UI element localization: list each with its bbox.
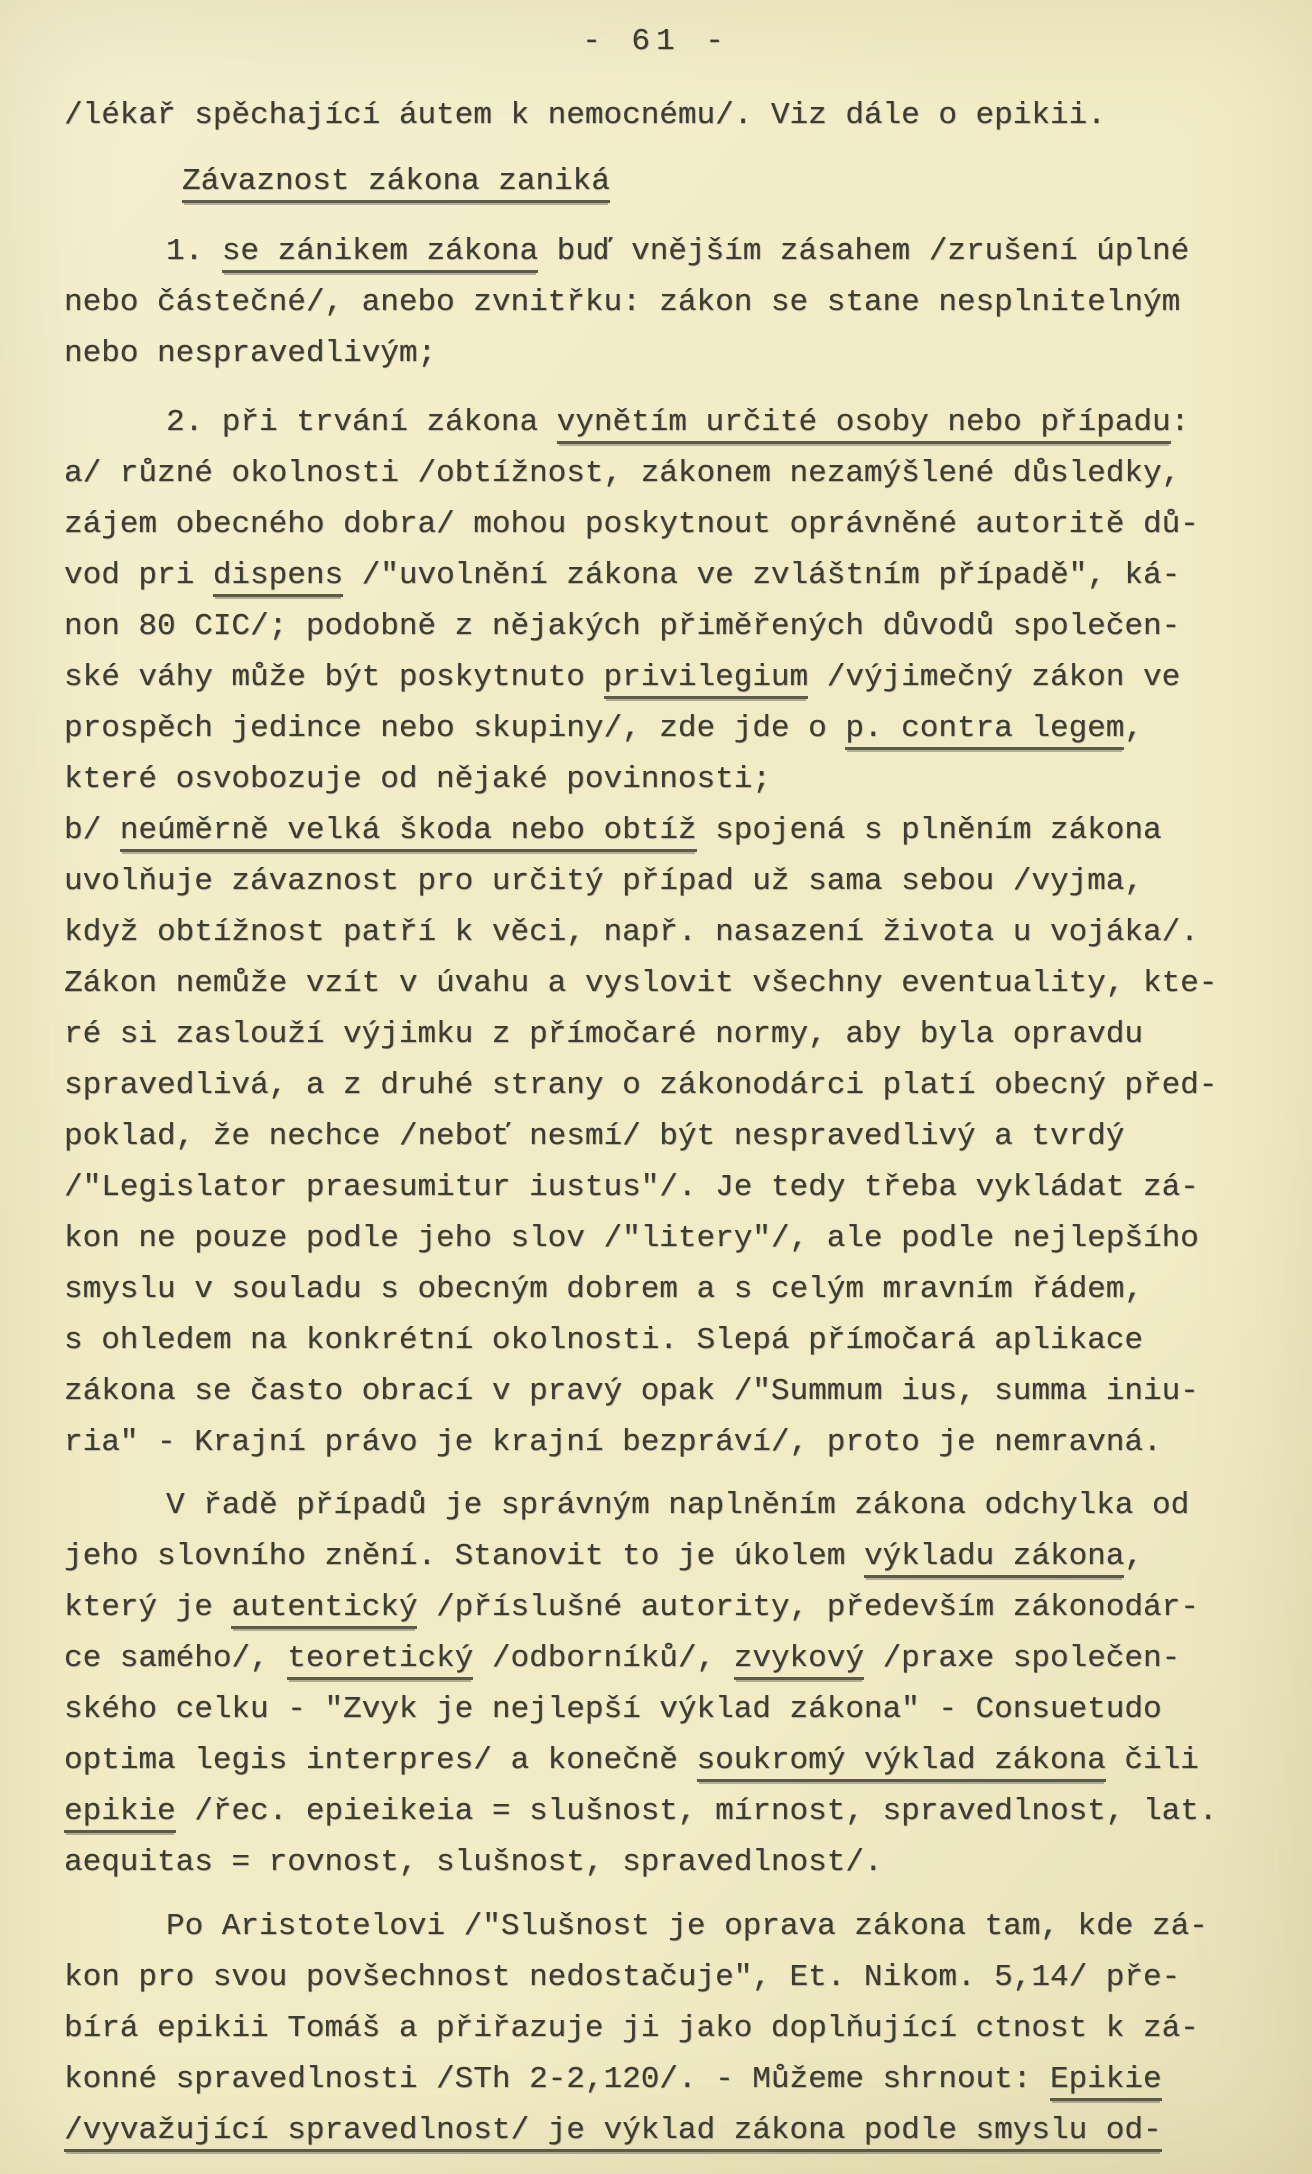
text-segment: s ohledem na konkrétní okolnosti. Slepá …: [64, 1323, 1143, 1358]
text-line: konné spravedlnosti /STh 2-2,120/. - Můž…: [64, 2054, 1262, 2105]
text-line: ré si zaslouží výjimku z přímočaré normy…: [64, 1009, 1262, 1060]
text-line: zájem obecného dobra/ mohou poskytnout o…: [64, 499, 1262, 550]
text-segment: /příslušné autority, především zákonodár…: [417, 1590, 1198, 1625]
document-page: - 61 - /lékař spěchající áutem k nemocné…: [0, 0, 1312, 2174]
document-body: /lékař spěchající áutem k nemocnému/. Vi…: [0, 90, 1312, 2156]
underlined-text-segment: autentický: [231, 1590, 417, 1629]
text-line: a/ různé okolnosti /obtížnost, zákonem n…: [64, 448, 1262, 499]
text-line: ského celku - "Zvyk je nejlepší výklad z…: [64, 1684, 1262, 1735]
text-line: /vyvažující spravedlnost/ je výklad záko…: [64, 2105, 1262, 2156]
text-segment: ré si zaslouží výjimku z přímočaré normy…: [64, 1017, 1143, 1052]
text-segment: V řadě případů je správným naplněním zák…: [166, 1488, 1189, 1523]
text-line: bírá epikii Tomáš a přiřazuje ji jako do…: [64, 2003, 1262, 2054]
underlined-text-segment: výkladu zákona: [864, 1539, 1124, 1578]
text-segment: aequitas = rovnost, slušnost, spravedlno…: [64, 1845, 883, 1880]
section-heading: Závaznost zákona zaniká: [64, 156, 1262, 207]
text-segment: /praxe společen-: [864, 1641, 1180, 1676]
text-line: ria" - Krajní právo je krajní bezpráví/,…: [64, 1417, 1262, 1468]
underlined-text-segment: p. contra legem: [845, 711, 1124, 750]
text-line: uvolňuje závaznost pro určitý případ už …: [64, 856, 1262, 907]
underlined-text-segment: Epikie: [1050, 2062, 1162, 2101]
text-segment: /odborníků/,: [473, 1641, 733, 1676]
text-line: ce samého/, teoretický /odborníků/, zvyk…: [64, 1633, 1262, 1684]
text-segment: prospěch jedince nebo skupiny/, zde jde …: [64, 711, 845, 746]
text-line: V řadě případů je správným naplněním zák…: [64, 1480, 1262, 1531]
text-line: prospěch jedince nebo skupiny/, zde jde …: [64, 703, 1262, 754]
text-segment: kon pro svou povšechnost nedostačuje", E…: [64, 1960, 1180, 1995]
text-segment: spojená s plněním zákona: [697, 813, 1162, 848]
text-line: kon pro svou povšechnost nedostačuje", E…: [64, 1952, 1262, 2003]
text-line: který je autentický /příslušné autority,…: [64, 1582, 1262, 1633]
text-segment: Zákon nemůže vzít v úvahu a vyslovit vše…: [64, 966, 1217, 1001]
text-line: jeho slovního znění. Stanovit to je úkol…: [64, 1531, 1262, 1582]
text-line: spravedlivá, a z druhé strany o zákonodá…: [64, 1060, 1262, 1111]
text-segment: kon ne pouze podle jeho slov /"litery"/,…: [64, 1221, 1199, 1256]
text-segment: :: [1171, 405, 1190, 440]
text-line: epikie /řec. epieikeia = slušnost, mírno…: [64, 1786, 1262, 1837]
text-segment: 1.: [166, 234, 222, 269]
text-segment: když obtížnost patří k věci, např. nasaz…: [64, 915, 1199, 950]
text-line: kon ne pouze podle jeho slov /"litery"/,…: [64, 1213, 1262, 1264]
text-segment: /lékař spěchající áutem k nemocnému/. Vi…: [64, 98, 1106, 133]
underlined-text-segment: /vyvažující spravedlnost/ je výklad záko…: [64, 2113, 1162, 2152]
text-line: vod pri dispens /"uvolnění zákona ve zvl…: [64, 550, 1262, 601]
underlined-text-segment: privilegium: [604, 660, 809, 699]
text-line: zákona se často obrací v pravý opak /"Su…: [64, 1366, 1262, 1417]
text-segment: /"uvolnění zákona ve zvláštním případě",…: [343, 558, 1180, 593]
text-segment: non 80 CIC/; podobně z nějakých přiměřen…: [64, 609, 1180, 644]
text-segment: nebo nespravedlivým;: [64, 336, 436, 371]
text-segment: /řec. epieikeia = slušnost, mírnost, spr…: [176, 1794, 1218, 1829]
text-line: 1. se zánikem zákona buď vnějším zásahem…: [64, 226, 1262, 277]
page-number: - 61 -: [0, 24, 1312, 59]
text-segment: zájem obecného dobra/ mohou poskytnout o…: [64, 507, 1199, 542]
text-segment: uvolňuje závaznost pro určitý případ už …: [64, 864, 1143, 899]
text-segment: konné spravedlnosti /STh 2-2,120/. - Můž…: [64, 2062, 1050, 2097]
text-segment: nebo částečné/, anebo zvnitřku: zákon se…: [64, 285, 1180, 320]
text-line: poklad, že nechce /neboť nesmí/ být nesp…: [64, 1111, 1262, 1162]
text-segment: bírá epikii Tomáš a přiřazuje ji jako do…: [64, 2011, 1199, 2046]
text-line: které osvobozuje od nějaké povinnosti;: [64, 754, 1262, 805]
text-line: ské váhy může být poskytnuto privilegium…: [64, 652, 1262, 703]
text-line: /lékař spěchající áutem k nemocnému/. Vi…: [64, 90, 1262, 141]
text-segment: jeho slovního znění. Stanovit to je úkol…: [64, 1539, 864, 1574]
text-line: Zákon nemůže vzít v úvahu a vyslovit vše…: [64, 958, 1262, 1009]
text-line: non 80 CIC/; podobně z nějakých přiměřen…: [64, 601, 1262, 652]
text-line: 2. při trvání zákona vynětím určité osob…: [64, 397, 1262, 448]
text-segment: ,: [1124, 711, 1143, 746]
text-line: b/ neúměrně velká škoda nebo obtíž spoje…: [64, 805, 1262, 856]
text-line: Po Aristotelovi /"Slušnost je oprava zák…: [64, 1901, 1262, 1952]
text-line: když obtížnost patří k věci, např. nasaz…: [64, 907, 1262, 958]
text-segment: smyslu v souladu s obecným dobrem a s ce…: [64, 1272, 1143, 1307]
text-segment: poklad, že nechce /neboť nesmí/ být nesp…: [64, 1119, 1124, 1154]
text-line: nebo částečné/, anebo zvnitřku: zákon se…: [64, 277, 1262, 328]
text-segment: který je: [64, 1590, 231, 1625]
text-segment: vod pri: [64, 558, 213, 593]
text-segment: ského celku - "Zvyk je nejlepší výklad z…: [64, 1692, 1162, 1727]
text-segment: buď vnějším zásahem /zrušení úplné: [538, 234, 1189, 269]
text-segment: zákona se často obrací v pravý opak /"Su…: [64, 1374, 1199, 1409]
text-segment: spravedlivá, a z druhé strany o zákonodá…: [64, 1068, 1217, 1103]
underlined-text-segment: zvykový: [734, 1641, 864, 1680]
text-segment: ské váhy může být poskytnuto: [64, 660, 604, 695]
underlined-text-segment: se zánikem zákona: [222, 234, 538, 273]
underlined-text-segment: Závaznost zákona zaniká: [182, 164, 610, 203]
text-segment: /"Legislator praesumitur iustus"/. Je te…: [64, 1170, 1199, 1205]
underlined-text-segment: vynětím určité osoby nebo případu: [557, 405, 1171, 444]
underlined-text-segment: epikie: [64, 1794, 176, 1833]
text-line: smyslu v souladu s obecným dobrem a s ce…: [64, 1264, 1262, 1315]
text-segment: b/: [64, 813, 120, 848]
text-segment: a/ různé okolnosti /obtížnost, zákonem n…: [64, 456, 1180, 491]
underlined-text-segment: neúměrně velká škoda nebo obtíž: [120, 813, 697, 852]
underlined-text-segment: dispens: [213, 558, 343, 597]
text-segment: /výjimečný zákon ve: [808, 660, 1180, 695]
text-segment: které osvobozuje od nějaké povinnosti;: [64, 762, 771, 797]
text-line: s ohledem na konkrétní okolnosti. Slepá …: [64, 1315, 1262, 1366]
text-line: optima legis interpres/ a konečně soukro…: [64, 1735, 1262, 1786]
text-segment: 2. při trvání zákona: [166, 405, 557, 440]
text-segment: ria" - Krajní právo je krajní bezpráví/,…: [64, 1425, 1162, 1460]
underlined-text-segment: soukromý výklad zákona: [697, 1743, 1106, 1782]
text-segment: čili: [1106, 1743, 1199, 1778]
text-segment: ce samého/,: [64, 1641, 287, 1676]
text-line: /"Legislator praesumitur iustus"/. Je te…: [64, 1162, 1262, 1213]
text-segment: Po Aristotelovi /"Slušnost je oprava zák…: [166, 1909, 1208, 1944]
text-segment: optima legis interpres/ a konečně: [64, 1743, 697, 1778]
text-line: aequitas = rovnost, slušnost, spravedlno…: [64, 1837, 1262, 1888]
text-segment: ,: [1124, 1539, 1143, 1574]
text-line: nebo nespravedlivým;: [64, 328, 1262, 379]
underlined-text-segment: teoretický: [287, 1641, 473, 1680]
